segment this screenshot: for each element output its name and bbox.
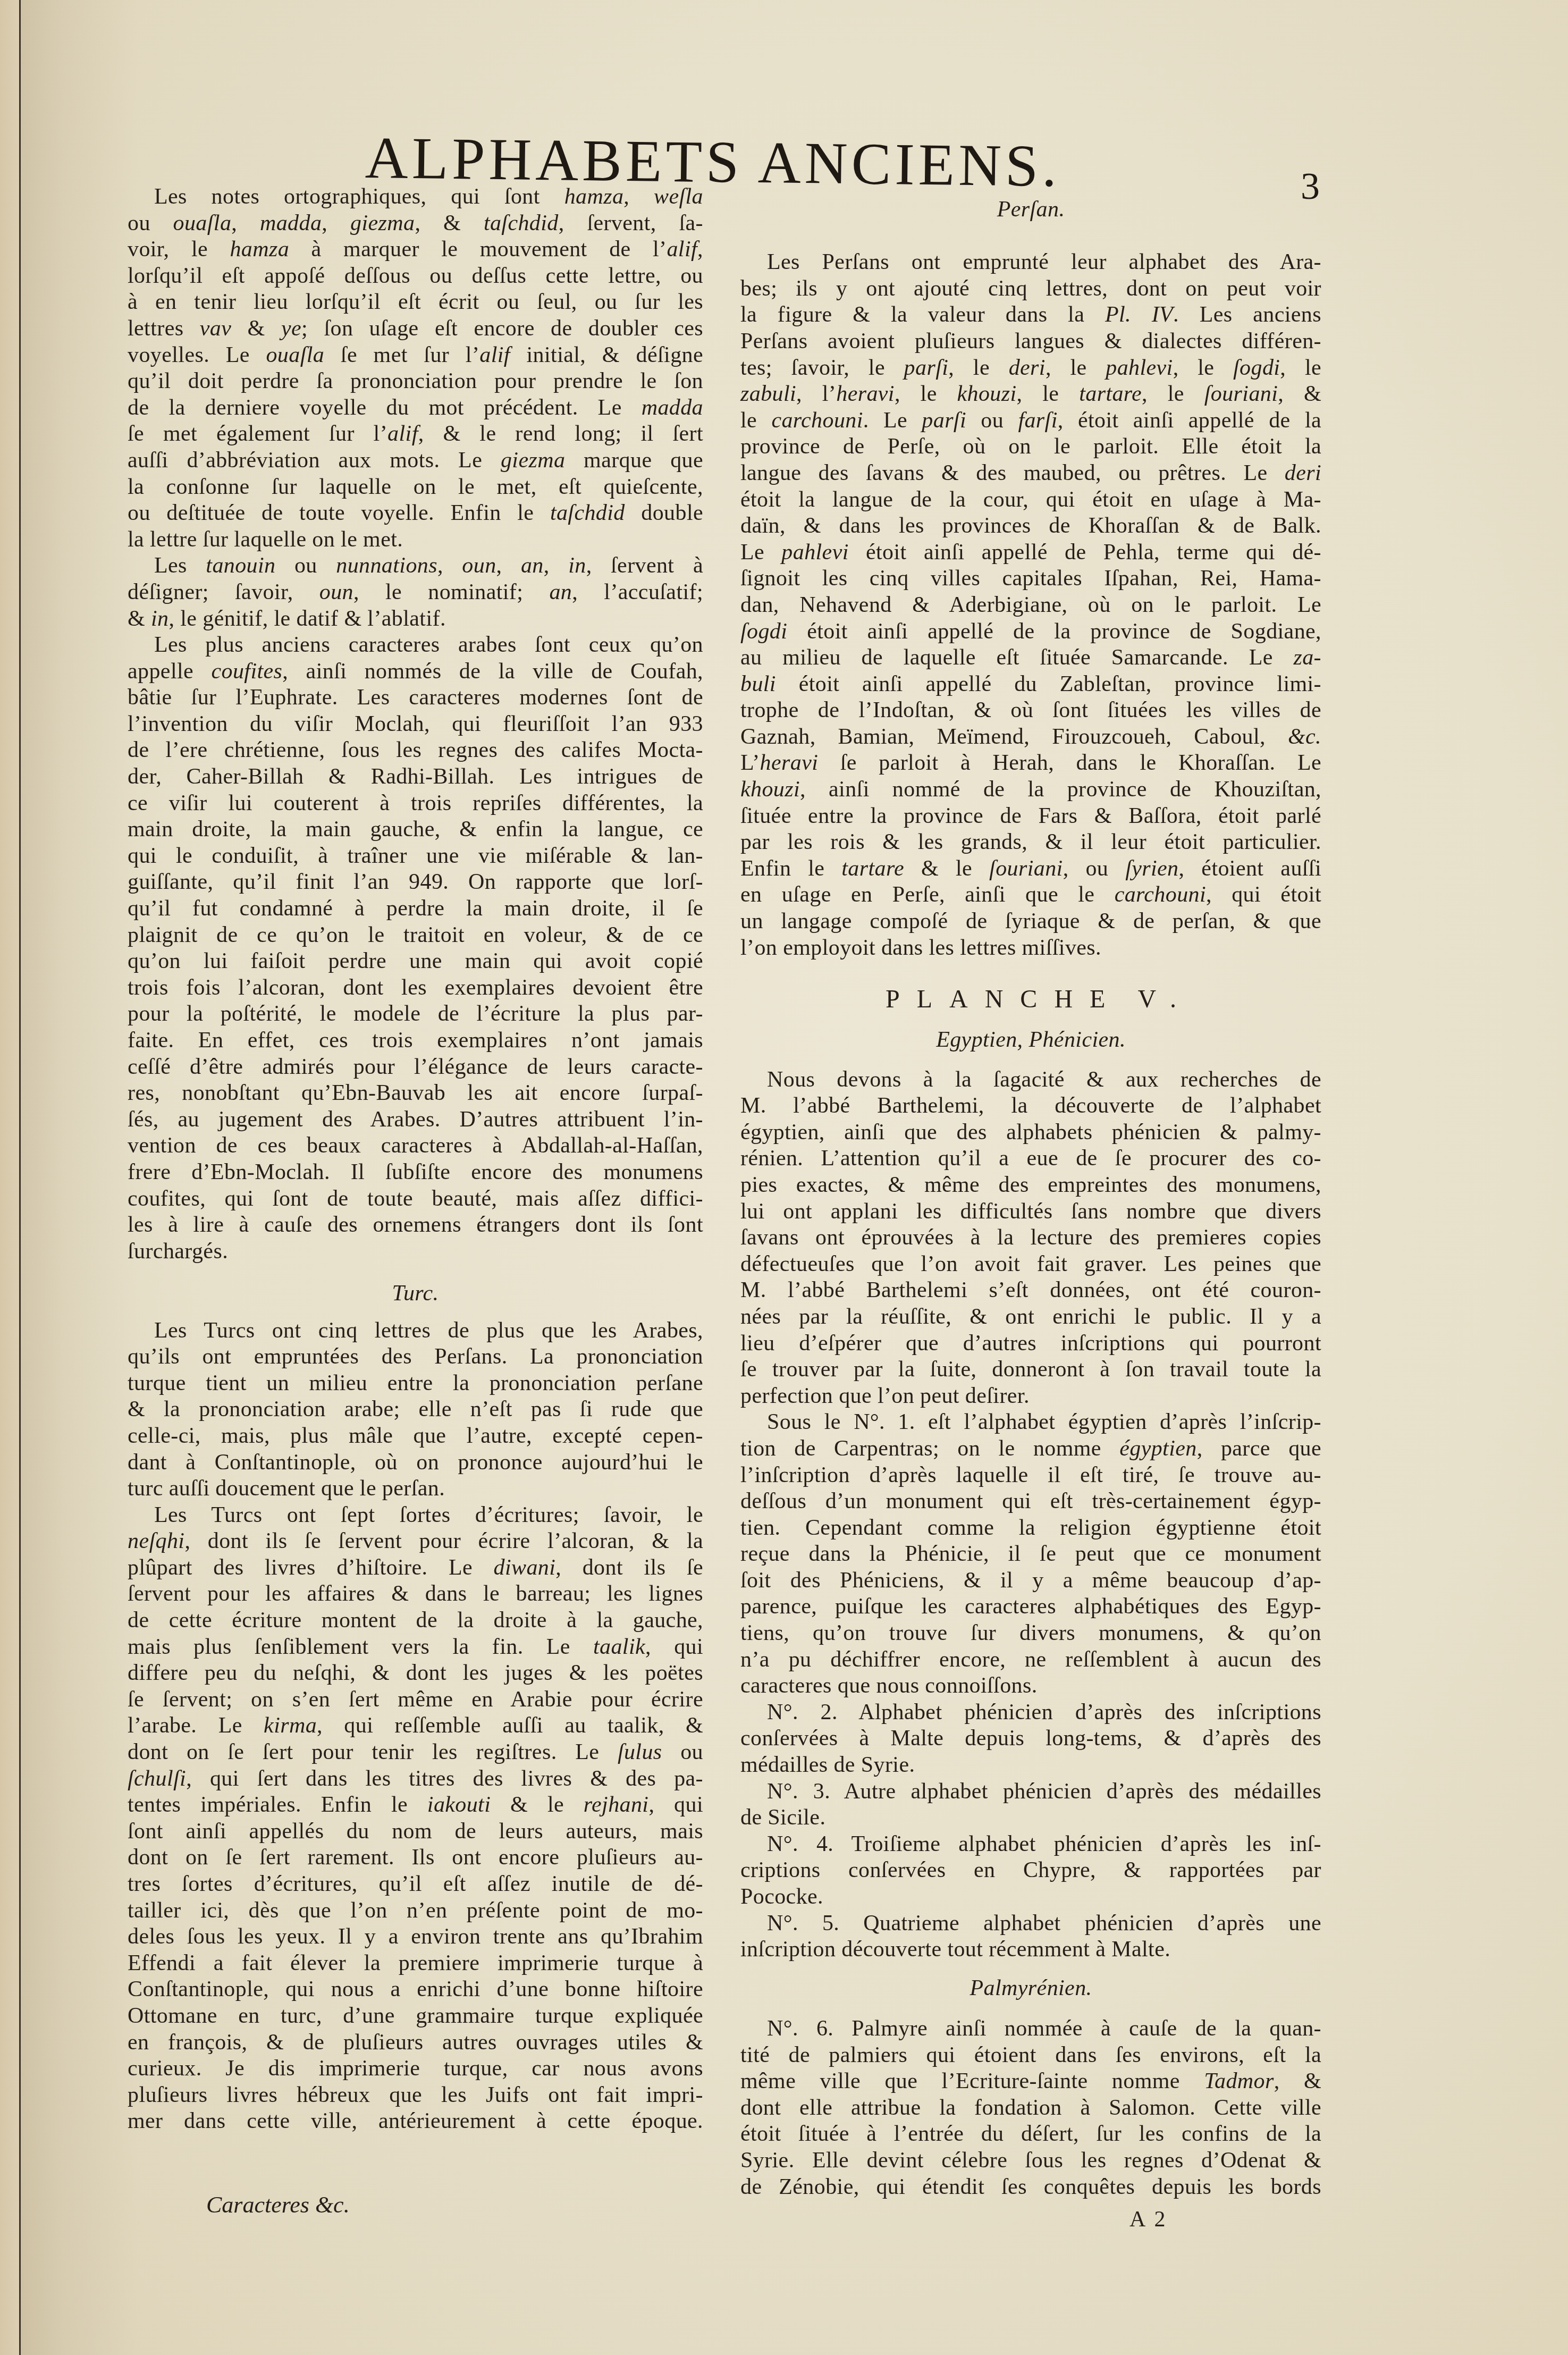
left-column: Les notes ortographiques, qui ſont hamza… (128, 184, 703, 2135)
text-line: L’heravi ſe parloit à Herah, dans le Kho… (740, 750, 1321, 777)
italic-term: kirma (264, 1713, 317, 1738)
text-run: . Le (863, 408, 922, 433)
text-run: province de Perſe, où on le parloit. Ell… (740, 434, 1321, 459)
text-line: étoit ſituée à l’entrée du déſert, ſur l… (740, 2121, 1321, 2148)
text-run: tien. Cependant comme la religion égypti… (740, 1516, 1321, 1540)
text-line: tes; ſavoir, le parſi, le deri, le pahle… (740, 355, 1321, 382)
text-run: ſe trouver par la ſuite, donneront à ſon… (740, 1357, 1321, 1382)
text-run: , le (895, 382, 957, 406)
text-line: turc auſſi doucement que le perſan. (128, 1476, 703, 1502)
text-run: & la prononciation arabe; elle n’eſt pas… (128, 1397, 703, 1422)
italic-term: tanouin (206, 553, 275, 578)
section-heading: Palmyrénien. (740, 1963, 1321, 2016)
paragraph: Les plus anciens caracteres arabes ſont … (128, 632, 703, 1265)
text-line: zabuli, l’heravi, le khouzi, le tartare,… (740, 381, 1321, 408)
text-run: lorſqu’il eſt appoſé deſſous ou deſſus c… (128, 264, 703, 288)
italic-term: pahlevi (781, 540, 848, 565)
text-run: . Les anciens (1173, 302, 1321, 327)
text-line: la conſonne ſur laquelle on le met, eſt … (128, 474, 703, 501)
text-run: caracteres que nous connoiſſons. (740, 1673, 1038, 1698)
text-run: coufites, qui ſont de toute beauté, mais… (128, 1187, 703, 1211)
text-line: n’a pu déchiffrer encore, ne reſſemblent… (740, 1647, 1321, 1673)
italic-term: ye (281, 316, 301, 341)
text-run: ſe met également ſur l’ (128, 422, 387, 446)
text-run: mais plus ſenſiblement vers la fin. Le (128, 1635, 593, 1659)
text-line: Enfin le tartare & le ſouriani, ou ſyrie… (740, 856, 1321, 882)
text-line: déſigner; ſavoir, oun, le nominatif; an,… (128, 579, 703, 606)
text-line: en uſage en Perſe, ainſi que le carchoun… (740, 882, 1321, 909)
right-column: Perſan. Les Perſans ont emprunté leur al… (740, 197, 1321, 2200)
italic-term: alif (387, 422, 418, 446)
text-run: bes; ils y ont ajouté cinq lettres, dont… (740, 276, 1321, 301)
text-run: ſe ſervent; on s’en ſert même en Arabie … (128, 1687, 703, 1712)
text-run: Conſtantinople, qui nous a enrichi d’une… (128, 1977, 703, 2001)
text-run: , (544, 553, 568, 578)
italic-term: parſi (922, 408, 966, 433)
text-run: , (496, 553, 521, 578)
paragraph: N°. 5. Quatrieme alphabet phénicien d’ap… (740, 1911, 1321, 1963)
text-run: dant à Conſtantinople, où on prononce au… (128, 1450, 703, 1475)
text-line: dont elle attribue la fondation à Salomo… (740, 2095, 1321, 2122)
text-run: , le nominatif; (353, 580, 549, 604)
text-run: trophe de l’Indoſtan, & où ſont ſituées … (740, 698, 1321, 722)
text-line: ſervent pour les affaires & dans le barr… (128, 1581, 703, 1608)
text-run: étoit ainſi appellé du Zableſtan, provin… (776, 672, 1321, 696)
text-run: déſigner; ſavoir, (128, 580, 319, 604)
text-line: buli étoit ainſi appellé du Zableſtan, p… (740, 671, 1321, 698)
italic-term: giezma (501, 448, 565, 473)
text-line: plûpart des livres d’hiſtoire. Le diwani… (128, 1555, 703, 1582)
text-run: celle-ci, mais, plus mâle que l’autre, e… (128, 1424, 703, 1448)
text-run: Le (740, 540, 781, 565)
text-run: , le génitif, le datif & l’ablatif. (168, 607, 445, 631)
text-run: qu’on lui faiſoit perdre une main qui av… (128, 949, 703, 973)
text-run: à en tenir lieu lorſqu’il eſt écrit ou ſ… (128, 290, 703, 314)
text-run: ſont ainſi appellés du nom de leurs aute… (128, 1819, 703, 1844)
text-run: , ainſi nommé de la province de Khouziſt… (800, 777, 1321, 802)
text-run: médailles de Syrie. (740, 1753, 915, 1777)
text-line: langue des ſavans & des maubed, ou prêtr… (740, 460, 1321, 487)
text-run: L’ (740, 751, 760, 775)
italic-term: vav (200, 316, 231, 341)
text-run: dont on ſe ſert pour tenir les regiſtres… (128, 1740, 618, 1764)
paragraph: N°. 2. Alphabet phénicien d’après des in… (740, 1700, 1321, 1779)
text-line: Pococke. (740, 1884, 1321, 1911)
text-run: N°. 5. Quatrieme alphabet phénicien d’ap… (767, 1911, 1321, 1936)
text-line: rénien. L’attention qu’il a eue de ſe pr… (740, 1146, 1321, 1172)
text-run: les à lire à cauſe des ornemens étranger… (128, 1213, 703, 1237)
text-line: ſignoit les cinq villes capitales Iſpaha… (740, 566, 1321, 592)
text-line: Les tanouin ou nunnations, oun, an, in, … (128, 553, 703, 579)
text-line: perfection que l’on peut deſirer. (740, 1383, 1321, 1410)
italic-term: weſla (654, 184, 703, 209)
text-line: Conſtantinople, qui nous a enrichi d’une… (128, 1976, 703, 2003)
text-run: Sous le N°. 1. eſt l’alphabet égyptien d… (767, 1410, 1321, 1434)
text-line: ſont ainſi appellés du nom de leurs aute… (128, 1819, 703, 1845)
italic-term: iakouti (427, 1793, 491, 1817)
text-run: & le (904, 856, 989, 881)
text-line: l’inſcription d’après laquelle il eſt ti… (740, 1462, 1321, 1489)
text-run: daïn, & dans les provinces de Khoraſſan … (740, 514, 1321, 538)
text-run: M. l’abbé Barthelemi, la découverte de l… (740, 1094, 1321, 1118)
italic-term: hamza (230, 237, 289, 262)
text-line: dan, Nehavend & Aderbigiane, où on le pa… (740, 592, 1321, 619)
italic-term: ſouriani (989, 856, 1063, 881)
text-run: égyptien, ainſi que des alphabets phénic… (740, 1120, 1321, 1145)
text-run: differe peu du neſqhi, & dont les juges … (128, 1661, 703, 1685)
paragraph: Les Turcs ont cinq lettres de plus que l… (128, 1318, 703, 1502)
italic-term: alif (479, 343, 510, 367)
paragraph: N°. 3. Autre alphabet phénicien d’après … (740, 1779, 1321, 1831)
text-run: , l’accuſatif; (572, 580, 703, 604)
text-run: criptions conſervées en Chypre, & rappor… (740, 1858, 1321, 1882)
paragraph: Nous devons à la ſagacité & aux recherch… (740, 1067, 1321, 1410)
text-run: étoit ainſi appellé de Pehla, terme qui … (849, 540, 1321, 565)
text-line: lui ont applani les difficultés ſans nom… (740, 1199, 1321, 1225)
text-run: auſſi d’abbréviation aux mots. Le (128, 448, 501, 473)
text-line: Nous devons à la ſagacité & aux recherch… (740, 1067, 1321, 1094)
text-run: marque que (565, 448, 703, 473)
text-run: dont elle attribue la fondation à Salomo… (740, 2096, 1321, 2120)
text-line: N°. 6. Palmyre ainſi nommée à cauſe de l… (740, 2016, 1321, 2042)
text-line: tien. Cependant comme la religion égypti… (740, 1515, 1321, 1542)
text-run: de cette écriture montent de la droite à… (128, 1608, 703, 1633)
text-run: Nous devons à la ſagacité & aux recherch… (767, 1067, 1321, 1092)
italic-term: ſulus (618, 1740, 662, 1764)
text-line: & in, le génitif, le datif & l’ablatif. (128, 606, 703, 633)
text-line: res, nonobſtant qu’Ebn-Bauvab les ait en… (128, 1080, 703, 1107)
text-line: tres ſortes d’écritures, qu’il eſt aſſez… (128, 1871, 703, 1898)
italic-term: za- (1293, 645, 1321, 670)
text-line: Sous le N°. 1. eſt l’alphabet égyptien d… (740, 1409, 1321, 1436)
text-run: le (740, 408, 771, 433)
text-run: la lettre ſur laquelle on le met. (128, 527, 403, 552)
text-run: lettres (128, 316, 200, 341)
italic-term: khouzi (957, 382, 1017, 406)
text-line: M. l’abbé Barthelemi s’eſt données, ont … (740, 1277, 1321, 1304)
text-line: de l’ere chrétienne, ſous les regnes des… (128, 737, 703, 764)
italic-term: madda (642, 396, 703, 420)
text-line: trois fois l’alcoran, dont les exemplair… (128, 975, 703, 1002)
italic-term: in (151, 607, 168, 631)
italic-term: ſouriani (1204, 382, 1278, 406)
binding-edge (0, 0, 21, 2355)
text-run: Syrie. Elle devint célebre ſous les regn… (740, 2148, 1321, 2173)
section-heading: Turc. (128, 1265, 703, 1317)
paragraph: Les Perſans ont emprunté leur alphabet d… (740, 249, 1321, 961)
text-run: Gaznah, Bamian, Meïmend, Firouzcoueh, Ca… (740, 725, 1288, 749)
text-run: deles ſous les yeux. Il y a environ tren… (128, 1924, 703, 1949)
italic-term: oun (462, 553, 496, 578)
paragraph: Sous le N°. 1. eſt l’alphabet égyptien d… (740, 1409, 1321, 1700)
text-run: Les plus anciens caracteres arabes ſont … (154, 633, 703, 657)
italic-term: ouaſla (173, 211, 232, 235)
text-run: tité de palmiers qui étoient dans ſes en… (740, 2043, 1321, 2067)
text-run: étoit la langue de la cour, qui étoit en… (740, 487, 1321, 512)
text-line: tailler ici, dès que l’on n’en préſente … (128, 1898, 703, 1924)
text-run: ſurchargés. (128, 1239, 228, 1264)
italic-term: ſogdi (1233, 356, 1280, 380)
text-run: voir, le (128, 237, 230, 262)
italic-term: nunnations (336, 553, 437, 578)
text-run: & le (491, 1793, 584, 1817)
italic-term: an (549, 580, 572, 604)
text-line: tion de Carpentras; on le nomme égyptien… (740, 1436, 1321, 1462)
text-run: qu’il fut condamné à perdre la main droi… (128, 896, 703, 921)
text-line: Perſans avoient pluſieurs langues & dial… (740, 329, 1321, 355)
text-line: plaignit de ce qu’on le traitoit en vole… (128, 922, 703, 949)
text-line: trophe de l’Indoſtan, & où ſont ſituées … (740, 697, 1321, 724)
text-run: dan, Nehavend & Aderbigiane, où on le pa… (740, 593, 1321, 617)
text-line: celle-ci, mais, plus mâle que l’autre, e… (128, 1423, 703, 1450)
text-run: qu’ils ont empruntées des Perſans. La pr… (128, 1344, 703, 1369)
italic-term: giezma (350, 211, 415, 235)
text-line: voir, le hamza à marquer le mouvement de… (128, 237, 703, 263)
text-run: , & le rend long; il ſert (418, 422, 703, 446)
text-run: pour la poſtérité, le modele de l’écritu… (128, 1002, 703, 1026)
text-run: N°. 2. Alphabet phénicien d’après des in… (767, 1700, 1321, 1725)
text-line: qu’il fut condamné à perdre la main droi… (128, 896, 703, 922)
signature-mark: A 2 (1129, 2207, 1166, 2233)
text-run: lui ont applani les difficultés ſans nom… (740, 1199, 1321, 1224)
text-line: inſcription découverte tout récemment à … (740, 1937, 1321, 1963)
text-run: Les notes ortographiques, qui ſont (154, 184, 564, 209)
text-line: frere d’Ebn-Moclah. Il ſubſiſte encore d… (128, 1159, 703, 1186)
text-run: , ſervent, ſa- (559, 211, 703, 235)
text-line: voyelles. Le ouaſla ſe met ſur l’alif in… (128, 342, 703, 369)
text-run: ſervent pour les affaires & dans le barr… (128, 1582, 703, 1606)
italic-term: heravi (836, 382, 895, 406)
text-line: qu’il doit perdre ſa prononciation pour … (128, 368, 703, 395)
italic-term: pahlevi (1106, 356, 1173, 380)
italic-term: coufites (211, 659, 282, 684)
text-run: ſe met ſur l’ (324, 343, 479, 367)
catchword: Caracteres &c. (206, 2192, 350, 2218)
italic-term: khouzi (740, 777, 800, 802)
italic-term: diwani (494, 1555, 556, 1580)
italic-term: ſchulſi (128, 1767, 186, 1791)
plate-subtitle: Egyptien, Phénicien. (740, 1027, 1321, 1054)
text-line: même ville que l’Ecriture-ſainte nomme T… (740, 2068, 1321, 2095)
italic-term: an (521, 553, 544, 578)
text-line: ſe ſervent; on s’en ſert même en Arabie … (128, 1687, 703, 1713)
text-run: , (322, 211, 350, 235)
text-run: ſignoit les cinq villes capitales Iſpaha… (740, 566, 1321, 591)
text-line: Les Perſans ont emprunté leur alphabet d… (740, 249, 1321, 276)
text-line: dont on ſe ſert rarement. Ils ont encore… (128, 1845, 703, 1871)
text-run: ; ſon uſage eſt encore de doubler ces (301, 316, 703, 341)
text-run: vention de ces beaux caracteres à Abdall… (128, 1133, 703, 1158)
text-run: de Zénobie, qui étendit ſes conquêtes de… (740, 2175, 1321, 2199)
text-run: & (128, 607, 151, 631)
text-run: M. l’abbé Barthelemi s’eſt données, ont … (740, 1278, 1321, 1302)
text-line: lieu d’eſpérer que d’autres inſcriptions… (740, 1331, 1321, 1357)
text-run: , qui ſert dans les titres des livres & … (186, 1767, 703, 1791)
text-line: daïn, & dans les provinces de Khoraſſan … (740, 513, 1321, 540)
text-run: , le (948, 356, 1008, 380)
text-line: ſogdi étoit ainſi appellé de la province… (740, 619, 1321, 645)
text-line: N°. 5. Quatrieme alphabet phénicien d’ap… (740, 1911, 1321, 1937)
text-run: turque tient un milieu entre la prononci… (128, 1371, 703, 1395)
text-line: tentes impériales. Enfin le iakouti & le… (128, 1792, 703, 1819)
text-line: un langage compoſé de ſyriaque & de perſ… (740, 909, 1321, 935)
text-run: en françois, & de pluſieurs autres ouvra… (128, 2030, 703, 2055)
plate-title: PLANCHE V. (740, 986, 1321, 1013)
text-run: de Sicile. (740, 1805, 825, 1830)
text-line: lorſqu’il eſt appoſé deſſous ou deſſus c… (128, 263, 703, 290)
text-run: ſavans ont éprouvées à la lecture des pr… (740, 1225, 1321, 1250)
text-run: appelle (128, 659, 211, 684)
text-run: bâtie ſur l’Euphrate. Les caracteres mod… (128, 685, 703, 710)
text-line: de cette écriture montent de la droite à… (128, 1608, 703, 1634)
text-line: nées par la réuſſite, & ont enrichi le p… (740, 1304, 1321, 1331)
text-run: à marquer le mouvement de l’ (289, 237, 667, 262)
text-line: guiſſante, qu’il finit l’an 949. On rapp… (128, 869, 703, 896)
text-run: nées par la réuſſite, & ont enrichi le p… (740, 1305, 1321, 1329)
text-line: N°. 2. Alphabet phénicien d’après des in… (740, 1700, 1321, 1726)
text-run: , (697, 237, 703, 262)
text-run: voyelles. Le (128, 343, 266, 367)
text-run: guiſſante, qu’il finit l’an 949. On rapp… (128, 870, 703, 894)
text-run: N°. 6. Palmyre ainſi nommée à cauſe de l… (767, 2016, 1321, 2041)
text-line: khouzi, ainſi nommé de la province de Kh… (740, 777, 1321, 803)
text-line: main droite, la main gauche, & enfin la … (128, 817, 703, 843)
italic-term: égyptien (1119, 1436, 1196, 1461)
text-line: ou deſtituée de toute voyelle. Enfin le … (128, 500, 703, 527)
text-run: , étoit ainſi appellé de la (1058, 408, 1321, 433)
text-run: n’a pu déchiffrer encore, ne reſſemblent… (740, 1647, 1321, 1672)
text-line: qu’on lui faiſoit perdre une main qui av… (128, 948, 703, 975)
text-line: & la prononciation arabe; elle n’eſt pas… (128, 1397, 703, 1423)
text-run: ſés, au jugement des Arabes. D’autres at… (128, 1107, 703, 1132)
text-line: ceſſé d’être admirés pour l’élégance de … (128, 1054, 703, 1081)
text-line: reçue dans la Phénicie, il ſe peut que c… (740, 1541, 1321, 1568)
text-run: & (231, 316, 281, 341)
text-run: , qui (648, 1793, 703, 1817)
italic-term: tartare (841, 856, 904, 881)
text-line: Les Turcs ont ſept ſortes d’écritures; ſ… (128, 1502, 703, 1529)
text-line: N°. 4. Troiſieme alphabet phénicien d’ap… (740, 1831, 1321, 1858)
text-line: deles ſous les yeux. Il y a environ tren… (128, 1924, 703, 1950)
text-run: de la derniere voyelle du mot précédent.… (128, 396, 642, 420)
italic-term: carchouni (771, 408, 863, 433)
text-run: langue des ſavans & des maubed, ou prêtr… (740, 461, 1285, 485)
text-line: ſe trouver par la ſuite, donneront à ſon… (740, 1357, 1321, 1383)
text-run: défectueuſes que l’on avoit fait graver.… (740, 1252, 1321, 1276)
text-line: deſſous d’un monument qui eſt très-certa… (740, 1488, 1321, 1515)
text-run: , & (1278, 382, 1321, 406)
text-run: , le (1280, 356, 1321, 380)
paragraph: Les notes ortographiques, qui ſont hamza… (128, 184, 703, 553)
text-run: tailler ici, dès que l’on n’en préſente … (128, 1898, 703, 1923)
italic-term: tartare (1079, 382, 1142, 406)
text-run: Les Turcs ont cinq lettres de plus que l… (154, 1318, 703, 1343)
text-run: tion de Carpentras; on le nomme (740, 1436, 1119, 1461)
text-line: Le pahlevi étoit ainſi appellé de Pehla,… (740, 540, 1321, 566)
text-run: , qui reſſemble auſſi au taalik, & (317, 1713, 703, 1738)
text-line: ou ouaſla, madda, giezma, & taſchdid, ſe… (128, 211, 703, 237)
text-run: , dont ils ſe (555, 1555, 703, 1580)
text-line: de Sicile. (740, 1805, 1321, 1831)
text-line: égyptien, ainſi que des alphabets phénic… (740, 1120, 1321, 1146)
text-run: , le (1017, 382, 1080, 406)
italic-term: ſyrien (1125, 856, 1178, 881)
text-run: double (625, 501, 703, 525)
text-run: au milieu de laquelle eſt ſituée Samarca… (740, 645, 1293, 670)
text-line: les à lire à cauſe des ornemens étranger… (128, 1212, 703, 1239)
text-line: Gaznah, Bamian, Meïmend, Firouzcoueh, Ca… (740, 724, 1321, 751)
text-run: res, nonobſtant qu’Ebn-Bauvab les ait en… (128, 1081, 703, 1105)
italic-term: ouaſla (266, 343, 324, 367)
text-run: tres ſortes d’écritures, qu’il eſt aſſez… (128, 1872, 703, 1896)
text-run: perfection que l’on peut deſirer. (740, 1384, 1030, 1408)
text-run: turc auſſi doucement que le perſan. (128, 1476, 445, 1501)
text-run: dont on ſe ſert rarement. Ils ont encore… (128, 1845, 703, 1870)
text-run: la figure & la valeur dans la (740, 302, 1105, 327)
text-line: la lettre ſur laquelle on le met. (128, 527, 703, 553)
text-run: un langage compoſé de ſyriaque & de perſ… (740, 909, 1321, 933)
italic-term: deri (1285, 461, 1321, 485)
text-line: pies exactes, & même des empreintes des … (740, 1172, 1321, 1199)
text-run: inſcription découverte tout récemment à … (740, 1937, 1170, 1962)
italic-term: hamza (564, 184, 624, 209)
text-run: , l’ (796, 382, 836, 406)
text-run: tes; ſavoir, le (740, 356, 904, 380)
text-run: Effendi a fait élever la premiere imprim… (128, 1951, 703, 1975)
text-line: la figure & la valeur dans la Pl. IV. Le… (740, 302, 1321, 329)
text-run: , dont ils ſe ſervent pour écrire l’alco… (184, 1529, 703, 1553)
text-run: N°. 3. Autre alphabet phénicien d’après … (767, 1779, 1321, 1804)
text-line: faite. En effet, ces trois exemplaires n… (128, 1028, 703, 1054)
text-line: ſavans ont éprouvées à la lecture des pr… (740, 1225, 1321, 1251)
text-run: conſervées à Malte depuis long-tems, & d… (740, 1726, 1321, 1751)
text-run: Les Perſans ont emprunté leur alphabet d… (767, 250, 1321, 274)
text-line: Les notes ortographiques, qui ſont hamza… (128, 184, 703, 211)
text-run: , ſervent à (586, 553, 703, 578)
text-run: ſoit des Phéniciens, & il y a même beauc… (740, 1568, 1321, 1593)
text-line: M. l’abbé Barthelemi, la découverte de l… (740, 1093, 1321, 1120)
text-line: qui le conduiſit, à traîner une vie miſé… (128, 843, 703, 870)
text-run: faite. En effet, ces trois exemplaires n… (128, 1028, 703, 1053)
italic-term: alif (667, 237, 697, 262)
text-run: trois fois l’alcoran, dont les exemplair… (128, 975, 703, 1000)
italic-term: ſogdi (740, 619, 787, 644)
text-line: l’arabe. Le kirma, qui reſſemble auſſi a… (128, 1713, 703, 1739)
text-run: , le (1142, 382, 1204, 406)
paragraph: N°. 6. Palmyre ainſi nommée à cauſe de l… (740, 2016, 1321, 2200)
text-run: der, Caher-Billah & Radhi-Billah. Les in… (128, 764, 703, 789)
text-run: , ainſi nommés de la ville de Coufah, (282, 659, 703, 684)
text-run: , & (415, 211, 484, 235)
text-line: dant à Conſtantinople, où on prononce au… (128, 1450, 703, 1476)
text-run: Perſans avoient pluſieurs langues & dial… (740, 329, 1321, 354)
text-run: initial, & déſigne (510, 343, 703, 367)
text-line: der, Caher-Billah & Radhi-Billah. Les in… (128, 764, 703, 790)
italic-term: oun (319, 580, 353, 604)
paragraph: Les Turcs ont ſept ſortes d’écritures; ſ… (128, 1502, 703, 2135)
text-line: de la derniere voyelle du mot précédent.… (128, 395, 703, 422)
text-line: Les Turcs ont cinq lettres de plus que l… (128, 1318, 703, 1344)
text-run: étoit ſituée à l’entrée du déſert, ſur l… (740, 2122, 1321, 2146)
italic-term: deri (1009, 356, 1046, 380)
italic-term: neſqhi (128, 1529, 184, 1553)
text-run: pluſieurs livres hébreux que les Juifs o… (128, 2083, 703, 2107)
text-line: ce viſir lui couterent à trois repriſes … (128, 790, 703, 817)
text-line: bâtie ſur l’Euphrate. Les caracteres mod… (128, 685, 703, 711)
text-run: Enfin le (740, 856, 841, 881)
text-run: en uſage en Perſe, ainſi que le (740, 882, 1115, 907)
text-line: l’invention du viſir Moclah, qui fleuriſ… (128, 711, 703, 738)
